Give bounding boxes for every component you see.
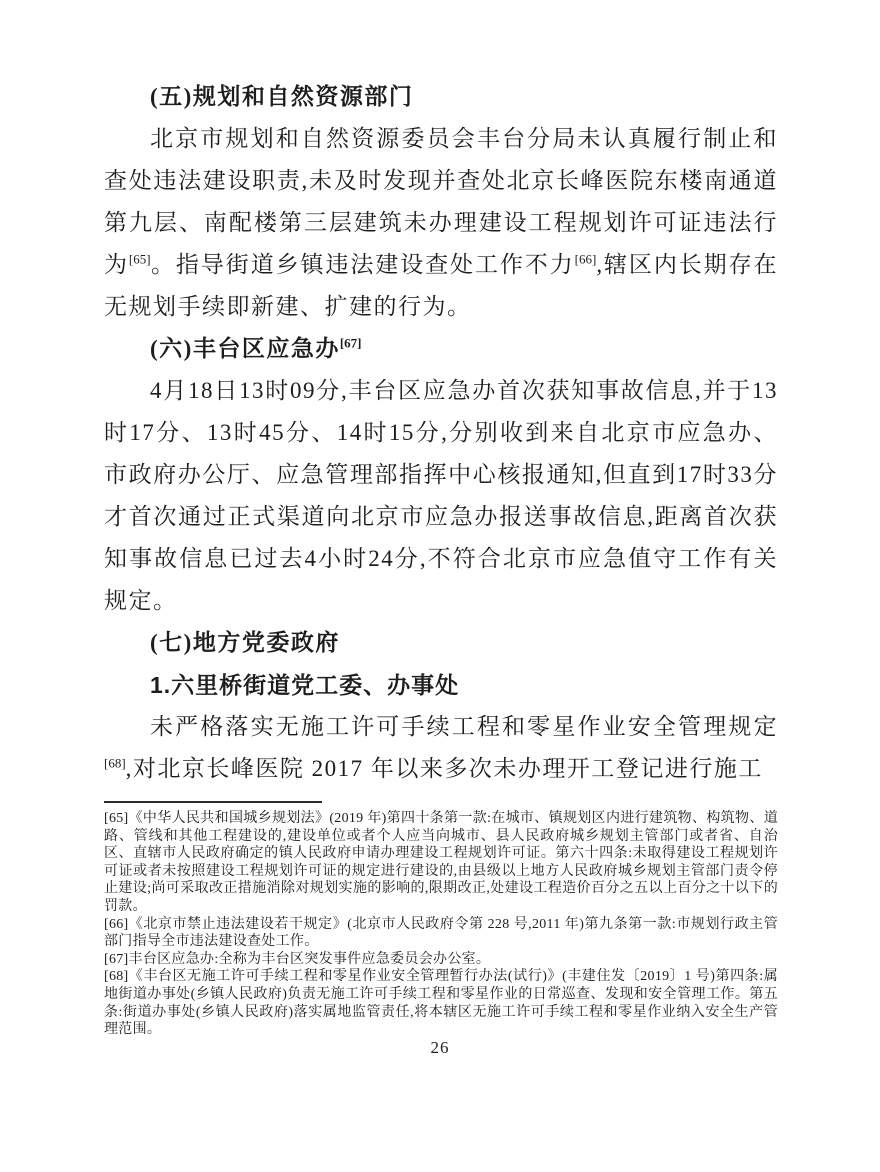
text-run: 未严格落实无施工许可手续工程和零星作业安全管理规定 <box>150 714 778 739</box>
footnotes-block: [65]《中华人民共和国城乡规划法》(2019 年)第四十条第一款:在城市、镇规… <box>104 810 778 1039</box>
footnote-separator <box>104 801 322 803</box>
footnote-marker: [66] <box>104 917 129 932</box>
footnote-text: 《北京市禁止违法建设若干规定》(北京市人民政府令第 228 号,2011 年)第… <box>104 917 778 950</box>
footnote-ref-66: [66] <box>575 251 597 266</box>
page-number: 26 <box>0 1038 880 1058</box>
section-5-paragraph: 北京市规划和自然资源委员会丰台分局未认真履行制止和查处违法建设职责,未及时发现并… <box>104 118 778 328</box>
section-6-paragraph: 4月18日13时09分,丰台区应急办首次获知事故信息,并于13时17分、13时4… <box>104 370 778 622</box>
text-run: 。指导街道乡镇违法建设查处工作不力 <box>151 252 575 277</box>
footnote-text: 《丰台区无施工许可手续工程和零星作业安全管理暂行办法(试行)》(丰建住发〔201… <box>104 969 778 1037</box>
footnote-text: 丰台区应急办:全称为丰台区突发事件应急委员会办公室。 <box>129 952 491 967</box>
section-7-heading: (七)地方党委政府 <box>104 622 778 664</box>
footnote-ref-68: [68] <box>104 755 126 770</box>
text-run: ,对北京长峰医院 2017 年以来多次未办理开工登记进行施工 <box>126 756 763 781</box>
footnote-67: [67]丰台区应急办:全称为丰台区突发事件应急委员会办公室。 <box>104 951 778 969</box>
footnote-66: [66]《北京市禁止违法建设若干规定》(北京市人民政府令第 228 号,2011… <box>104 916 778 951</box>
section-7-paragraph: 未严格落实无施工许可手续工程和零星作业安全管理规定[68],对北京长峰医院 20… <box>104 706 778 790</box>
document-page: (五)规划和自然资源部门 北京市规划和自然资源委员会丰台分局未认真履行制止和查处… <box>0 0 880 1172</box>
section-6-heading: (六)丰台区应急办[67] <box>104 328 778 370</box>
subsection-1-heading: 1.六里桥街道党工委、办事处 <box>104 664 778 706</box>
footnote-ref-65: [65] <box>129 251 151 266</box>
footnote-marker: [68] <box>104 969 129 984</box>
footnote-text: 《中华人民共和国城乡规划法》(2019 年)第四十条第一款:在城市、镇规划区内进… <box>104 811 778 914</box>
footnote-marker: [67] <box>104 952 129 967</box>
section-5-heading: (五)规划和自然资源部门 <box>104 76 778 118</box>
footnote-marker: [65] <box>104 811 129 826</box>
heading-text: (六)丰台区应急办 <box>150 336 340 361</box>
footnote-65: [65]《中华人民共和国城乡规划法》(2019 年)第四十条第一款:在城市、镇规… <box>104 810 778 916</box>
footnote-68: [68]《丰台区无施工许可手续工程和零星作业安全管理暂行办法(试行)》(丰建住发… <box>104 968 778 1038</box>
footnote-ref-67: [67] <box>340 335 362 350</box>
